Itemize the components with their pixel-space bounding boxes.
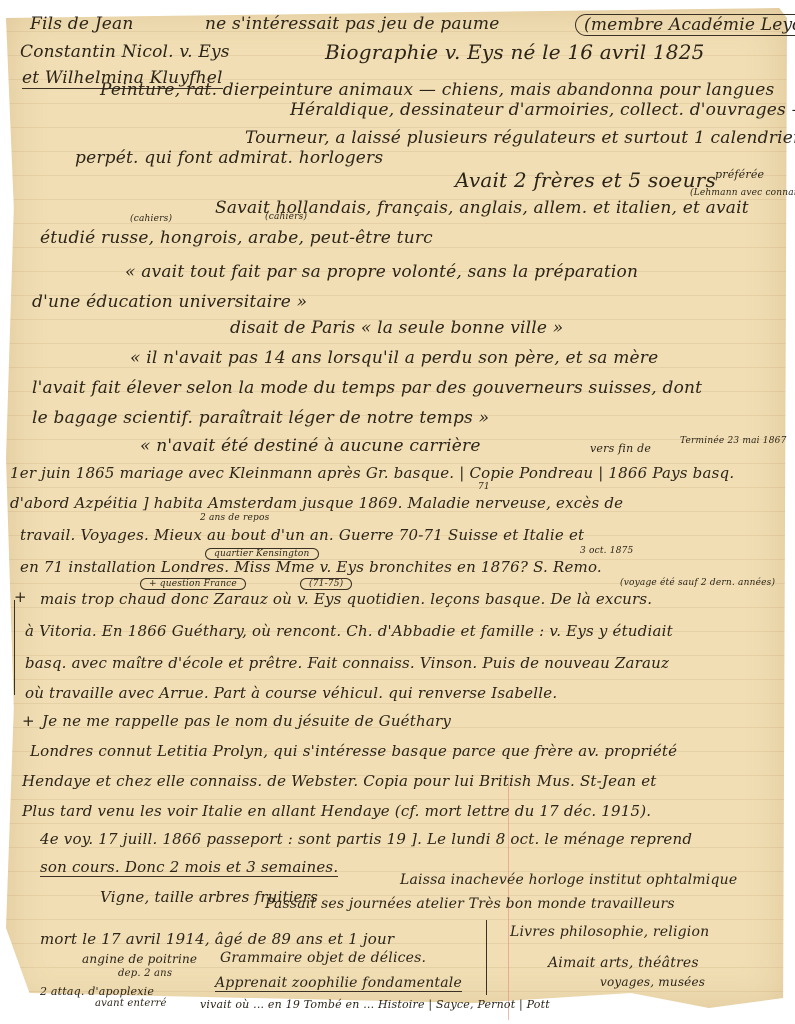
- text-line: basq. avec maître d'école et prêtre. Fai…: [25, 654, 669, 672]
- margin-note: (cahiers): [265, 212, 307, 222]
- cross-mark-icon: +: [14, 588, 27, 606]
- divider-line: [486, 920, 487, 995]
- text-line: Tourneur, a laissé plusieurs régulateurs…: [245, 128, 795, 148]
- text-line: Londres connut Letitia Prolyn, qui s'int…: [30, 742, 677, 760]
- text-line: Plus tard venu les voir Italie en allant…: [22, 802, 651, 820]
- text-line: perpét. qui font admirat. horlogers: [75, 148, 383, 168]
- margin-note: 3 oct. 1875: [580, 546, 634, 556]
- margin-note: (Lehmann avec connaiss.): [690, 188, 795, 198]
- text-line: travail. Voyages. Mieux au bout d'un an.…: [20, 526, 584, 544]
- margin-note: préférée: [715, 168, 764, 181]
- text-line: Passait ses journées atelier Très bon mo…: [265, 896, 675, 912]
- text-line: vivait où ... en 19 Tombé en ... Histoir…: [200, 998, 550, 1011]
- text-line: Laissa inachevée horloge institut ophtal…: [400, 872, 737, 888]
- text-line: Avait 2 frères et 5 soeurs: [455, 168, 716, 192]
- text-line: Peinture, rat. dierpeinture animaux — ch…: [100, 80, 774, 100]
- margin-note: (voyage été sauf 2 dern. années): [620, 578, 775, 588]
- text-line: Je ne me rappelle pas le nom du jésuite …: [42, 712, 451, 730]
- interest-note: ne s'intéressait pas jeu de paume: [205, 14, 499, 34]
- text-line: en 71 installation Londres. Miss Mme v. …: [20, 558, 602, 576]
- margin-note: (71-75): [300, 578, 352, 590]
- text-line: Apprenait zoophilie fondamentale: [215, 975, 462, 992]
- academy-note: (membre Académie Leyde ?): [575, 14, 795, 36]
- text-line: Aimait arts, théâtres: [548, 955, 699, 971]
- margin-note: 71: [478, 482, 490, 492]
- page-title: Biographie v. Eys né le 16 avril 1825: [325, 40, 705, 64]
- text-line: 2 attaq. d'apoplexie: [40, 985, 154, 998]
- text-line: 1er juin 1865 mariage avec Kleinmann apr…: [10, 464, 734, 482]
- text-line: 4e voy. 17 juill. 1866 passeport : sont …: [40, 830, 692, 848]
- text-line: étudié russe, hongrois, arabe, peut-être…: [40, 228, 433, 248]
- text-line: dep. 2 ans: [118, 968, 172, 979]
- text-line: « avait tout fait par sa propre volonté,…: [125, 262, 638, 282]
- text-line: Héraldique, dessinateur d'armoiries, col…: [290, 100, 795, 120]
- text-line: à Vitoria. En 1866 Guéthary, où rencont.…: [25, 622, 673, 640]
- text-line: voyages, musées: [600, 975, 705, 989]
- text-line: disait de Paris « la seule bonne ville »: [230, 318, 563, 338]
- text-line: « n'avait été destiné à aucune carrière: [140, 436, 481, 456]
- margin-bracket: [14, 600, 15, 695]
- text-line: Hendaye et chez elle connaiss. de Webste…: [22, 772, 657, 790]
- text-line: d'une éducation universitaire »: [32, 292, 307, 312]
- cross-mark-icon: +: [22, 712, 35, 730]
- text-line: l'avait fait élever selon la mode du tem…: [32, 378, 702, 398]
- text-line: Livres philosophie, religion: [510, 924, 709, 940]
- parents-line-1: Fils de Jean: [30, 14, 134, 34]
- margin-note: 2 ans de repos: [200, 513, 269, 523]
- text-line: son cours. Donc 2 mois et 3 semaines.: [40, 858, 338, 877]
- margin-note: + question France: [140, 578, 246, 590]
- parents-line-2: Constantin Nicol. v. Eys: [20, 42, 230, 62]
- text-line: mais trop chaud donc Zarauz où v. Eys qu…: [40, 590, 652, 608]
- text-line: « il n'avait pas 14 ans lorsqu'il a perd…: [130, 348, 658, 368]
- text-line: le bagage scientif. paraîtrait léger de …: [32, 408, 489, 428]
- margin-note: (cahiers): [130, 214, 172, 224]
- text-line: d'abord Azpéitia ] habita Amsterdam jusq…: [10, 494, 623, 512]
- text-line: mort le 17 avril 1914, âgé de 89 ans et …: [40, 930, 394, 948]
- text-line: angine de poitrine: [82, 952, 197, 966]
- margin-note: vers fin de: [590, 442, 651, 455]
- text-line: où travaille avec Arrue. Part à course v…: [25, 684, 557, 702]
- margin-note: Terminée 23 mai 1867: [680, 436, 787, 446]
- text-line: Grammaire objet de délices.: [220, 950, 426, 966]
- text-line: avant enterré: [95, 998, 167, 1009]
